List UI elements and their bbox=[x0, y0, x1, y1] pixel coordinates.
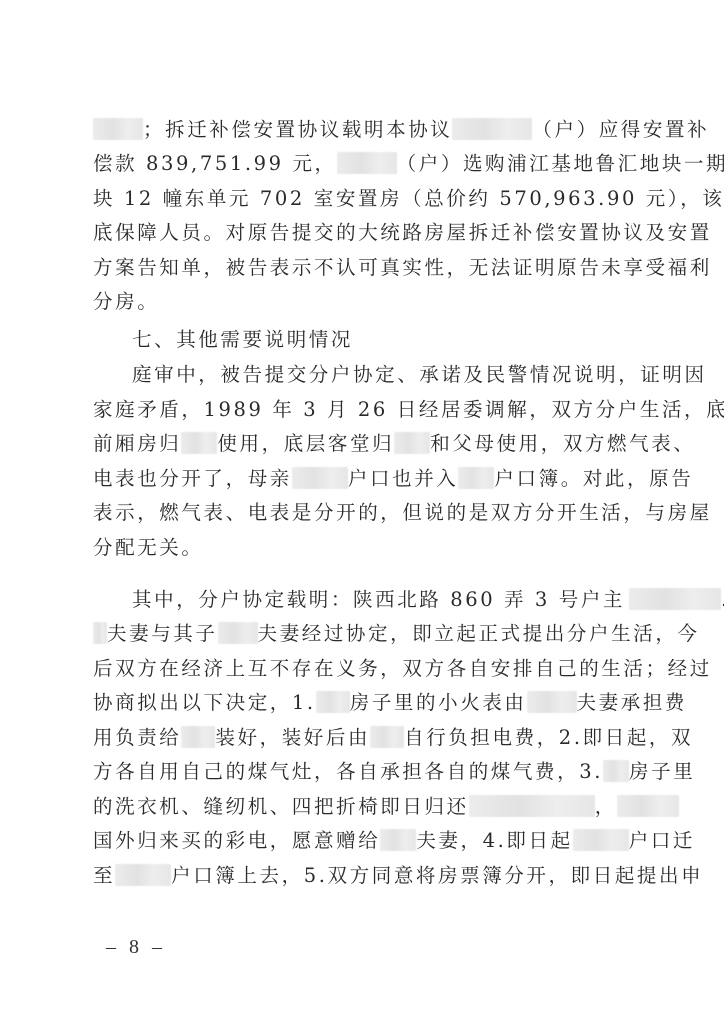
text-segment: 分配无关。 bbox=[93, 536, 204, 559]
redacted-block bbox=[337, 152, 397, 174]
redacted-block bbox=[452, 118, 532, 140]
text-segment: 协商拟出以下决定，1. bbox=[93, 691, 316, 714]
text-line: 偿款 839,751.99 元，（户）选购浦江基地鲁汇地块一期 A bbox=[93, 147, 634, 181]
redacted-block bbox=[394, 432, 430, 454]
text-line: 块 12 幢东单元 702 室安置房（总价约 570,963.90 元），该户无… bbox=[93, 182, 634, 216]
text-line: 协商拟出以下决定，1.房子里的小火表由夫妻承担费 bbox=[93, 686, 634, 720]
text-line: 方各自用自己的煤气灶，各自承担各自的煤气费，3.房子里 bbox=[93, 755, 634, 789]
document-page: ；拆迁补偿安置协议载明本协议（户）应得安置补 偿款 839,751.99 元，（… bbox=[0, 0, 724, 1024]
text-line: 分配无关。 bbox=[93, 531, 634, 565]
text-segment: 其中，分户协定载明：陕西北路 860 弄 3 号户主 bbox=[132, 588, 625, 611]
redacted-block bbox=[181, 726, 215, 748]
text-segment: （户）应得安置补 bbox=[532, 118, 709, 141]
text-line: 国外归来买的彩电，愿意赠给夫妻，4.即日起户口迁 bbox=[93, 824, 634, 858]
text-segment: 和父母使用，双方燃气表、 bbox=[430, 432, 695, 455]
text-segment: 户口迁 bbox=[629, 829, 695, 852]
text-segment: 的洗衣机、缝纫机、四把折椅即日归还 bbox=[93, 795, 469, 818]
text-segment: 前厢房归 bbox=[93, 432, 181, 455]
text-segment: 偿款 839,751.99 元， bbox=[93, 152, 337, 175]
section-heading: 七、其他需要说明情况 bbox=[132, 323, 634, 357]
text-segment: 家庭矛盾，1989 年 3 月 26 日经居委调解，双方分户生活，底层 bbox=[93, 398, 724, 421]
text-segment: 国外归来买的彩电，愿意赠给 bbox=[93, 829, 380, 852]
text-segment: 表示，燃气表、电表是分开的，但说的是双方分开生活，与房屋 bbox=[93, 501, 712, 524]
redacted-block bbox=[458, 467, 494, 489]
text-segment: （户）选购浦江基地鲁汇地块一期 A bbox=[397, 152, 724, 175]
redacted-block bbox=[93, 118, 143, 140]
text-segment: 装好，装好后由 bbox=[215, 726, 370, 749]
redacted-block bbox=[316, 691, 350, 713]
redacted-block bbox=[218, 622, 258, 644]
text-segment: ；拆迁补偿安置协议载明本协议 bbox=[143, 118, 452, 141]
text-segment: 使用，底层客堂归 bbox=[217, 432, 394, 455]
heading-text: 七、其他需要说明情况 bbox=[132, 328, 353, 351]
redacted-block bbox=[370, 726, 404, 748]
redacted-block bbox=[603, 760, 629, 782]
redacted-block bbox=[629, 588, 721, 610]
text-segment: 用负责给 bbox=[93, 726, 181, 749]
text-segment: 夫妻，4.即日起 bbox=[416, 829, 572, 852]
text-segment: 户口簿。对此，原告 bbox=[494, 467, 693, 490]
text-line: 的洗衣机、缝纫机、四把折椅即日归还， bbox=[93, 790, 634, 824]
text-line: 家庭矛盾，1989 年 3 月 26 日经居委调解，双方分户生活，底层 bbox=[93, 393, 634, 427]
text-line: 底保障人员。对原告提交的大统路房屋拆迁补偿安置协议及安置 bbox=[93, 216, 634, 250]
text-segment: 户口簿上去，5.双方同意将房票簿分开，即日起提出申 bbox=[171, 864, 703, 887]
redacted-block bbox=[469, 795, 595, 817]
text-line: 庭审中，被告提交分户协定、承诺及民警情况说明，证明因 bbox=[132, 358, 634, 392]
text-line: 表示，燃气表、电表是分开的，但说的是双方分开生活，与房屋 bbox=[93, 496, 634, 530]
redacted-block bbox=[181, 432, 217, 454]
text-segment: 夫妻承担费 bbox=[577, 691, 688, 714]
redacted-block bbox=[573, 829, 629, 851]
text-segment: 房子里的小火表由 bbox=[350, 691, 527, 714]
text-segment: 房子里 bbox=[629, 760, 695, 783]
text-segment: 底保障人员。对原告提交的大统路房屋拆迁补偿安置协议及安置 bbox=[93, 221, 712, 244]
text-line: ；拆迁补偿安置协议载明本协议（户）应得安置补 bbox=[93, 113, 634, 147]
text-segment: 庭审中，被告提交分户协定、承诺及民警情况说明，证明因 bbox=[132, 363, 707, 386]
text-line: 电表也分开了，母亲户口也并入户口簿。对此，原告 bbox=[93, 462, 634, 496]
text-segment: 至 bbox=[93, 864, 115, 887]
redacted-block bbox=[115, 864, 171, 886]
text-line: 至户口簿上去，5.双方同意将房票簿分开，即日起提出申 bbox=[93, 859, 634, 893]
text-segment: 夫妻经过协定，即立起正式提出分户生活，今 bbox=[258, 622, 700, 645]
text-segment: 方案告知单，被告表示不认可真实性，无法证明原告未享受福利 bbox=[93, 256, 712, 279]
text-line: 方案告知单，被告表示不认可真实性，无法证明原告未享受福利 bbox=[93, 251, 634, 285]
text-segment: 夫妻与其子 bbox=[107, 622, 218, 645]
redacted-block bbox=[292, 467, 348, 489]
text-segment: 方各自用自己的煤气灶，各自承担各自的煤气费，3. bbox=[93, 760, 603, 783]
text-segment: 电表也分开了，母亲 bbox=[93, 467, 292, 490]
text-segment: 后双方在经济上互不存在义务，双方各自安排自己的生活；经过 bbox=[93, 657, 712, 680]
text-line: 其中，分户协定载明：陕西北路 860 弄 3 号户主. bbox=[132, 583, 634, 617]
text-segment: ， bbox=[595, 795, 617, 818]
text-segment: 户口也并入 bbox=[348, 467, 459, 490]
text-line: 用负责给装好，装好后由自行负担电费，2.即日起，双 bbox=[93, 721, 634, 755]
text-segment: 自行负担电费，2.即日起，双 bbox=[404, 726, 693, 749]
redacted-block bbox=[380, 829, 416, 851]
text-line: 夫妻与其子夫妻经过协定，即立起正式提出分户生活，今 bbox=[93, 617, 634, 651]
redacted-block bbox=[93, 622, 107, 644]
text-line: 分房。 bbox=[93, 285, 634, 319]
text-line: 前厢房归使用，底层客堂归和父母使用，双方燃气表、 bbox=[93, 427, 634, 461]
text-segment: 分房。 bbox=[93, 290, 159, 313]
text-line: 后双方在经济上互不存在义务，双方各自安排自己的生活；经过 bbox=[93, 652, 634, 686]
text-segment: 块 12 幢东单元 702 室安置房（总价约 570,963.90 元），该户无… bbox=[93, 187, 724, 210]
page-number: – 8 – bbox=[106, 936, 166, 959]
redacted-block bbox=[527, 691, 577, 713]
redacted-block bbox=[617, 795, 679, 817]
